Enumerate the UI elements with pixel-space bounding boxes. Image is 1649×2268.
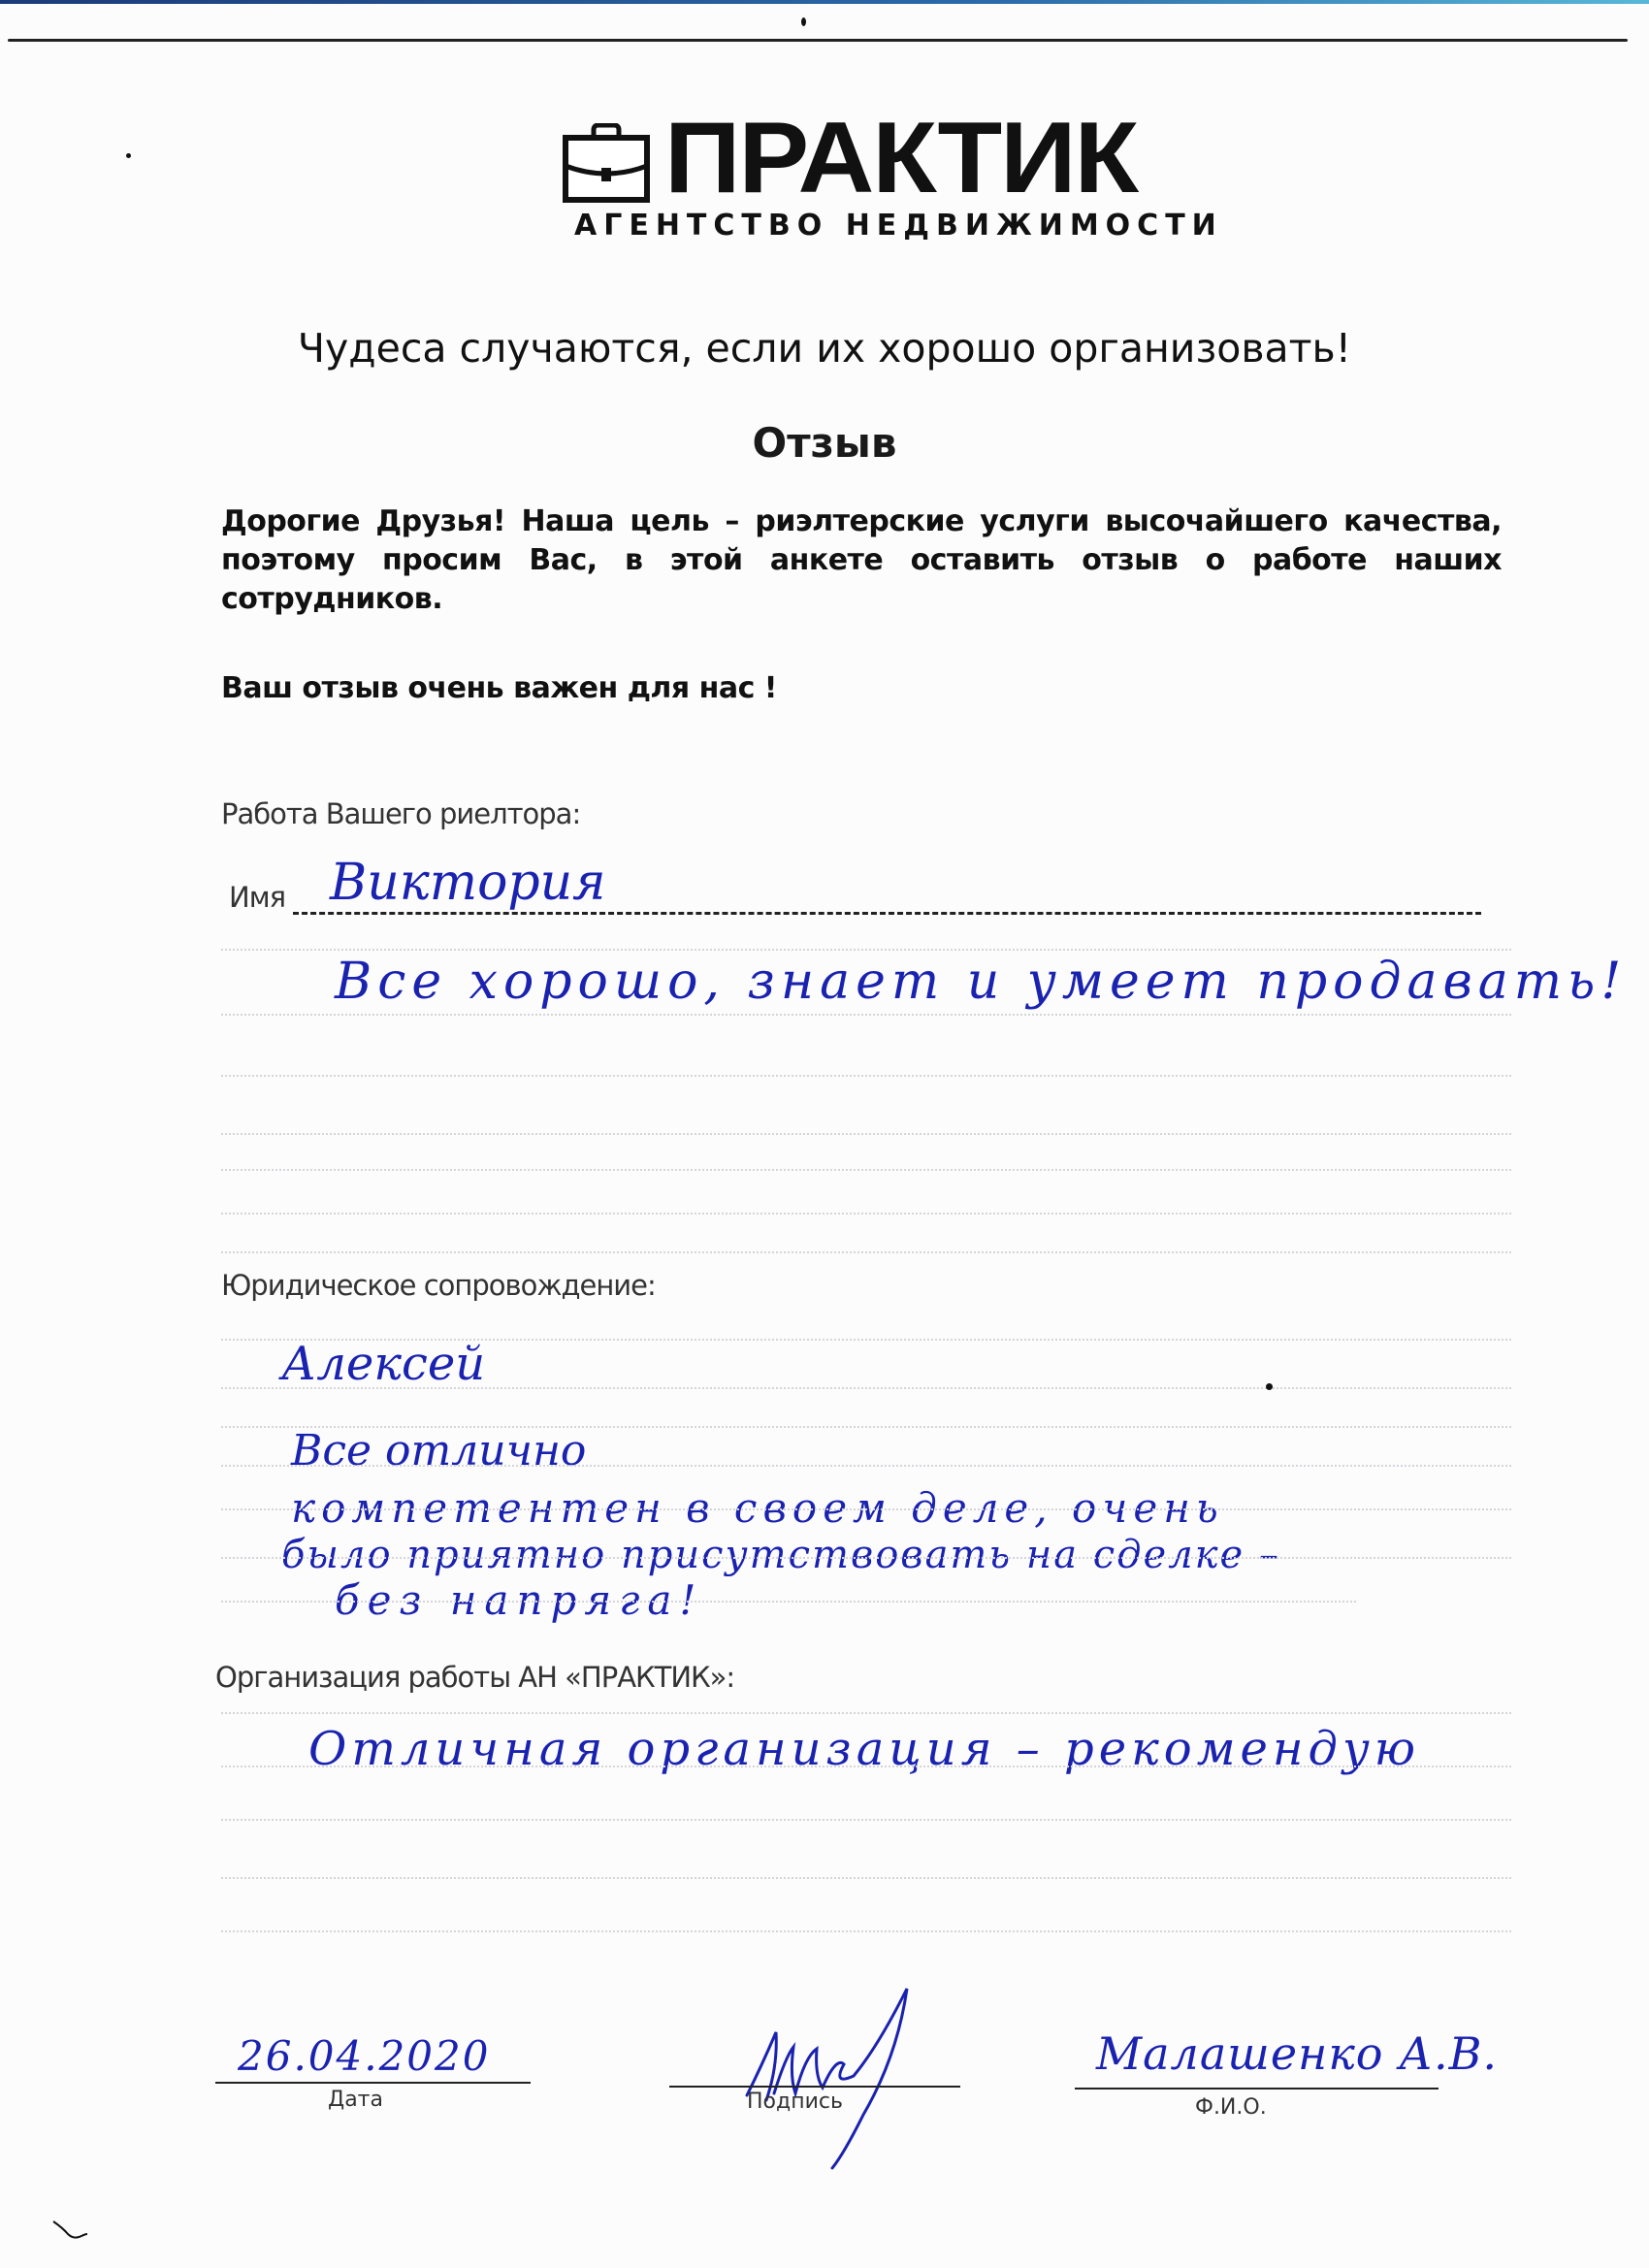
- intro-paragraph: Дорогие Друзья! Наша цель – риэлтерские …: [221, 502, 1502, 619]
- dotted-line: [221, 1014, 1511, 1016]
- logo-subtitle: АГЕНТСТВО НЕДВИЖИМОСТИ: [574, 209, 1223, 243]
- signature-caption: Подпись: [747, 2090, 843, 2114]
- dotted-line: [221, 1251, 1511, 1253]
- scan-top-band: [0, 0, 1649, 4]
- dotted-line: [221, 1766, 1511, 1767]
- page-title: Отзыв: [0, 419, 1649, 467]
- slogan: Чудеса случаются, если их хорошо организ…: [0, 325, 1649, 372]
- dotted-line: [221, 1712, 1511, 1714]
- dotted-line: [221, 1601, 1356, 1603]
- dotted-line: [221, 1213, 1511, 1215]
- signature-field[interactable]: [708, 1979, 999, 2173]
- organization-comment-field[interactable]: Отличная организация – рекомендую: [308, 1722, 1420, 1776]
- scan-speck: [126, 153, 131, 158]
- legal-section-label: Юридическое сопровождение:: [221, 1269, 656, 1302]
- date-line: [215, 2082, 531, 2084]
- scan-speck: [801, 17, 806, 26]
- date-field[interactable]: 26.04.2020: [238, 2032, 490, 2080]
- legal-comment-line-3[interactable]: было приятно присутствовать на сделке –: [281, 1533, 1280, 1577]
- signature-line: [669, 2086, 960, 2088]
- fio-caption: Ф.И.О.: [1195, 2095, 1267, 2120]
- organization-section-label: Организация работы АН «ПРАКТИК»:: [215, 1661, 734, 1694]
- date-caption: Дата: [328, 2088, 383, 2112]
- dotted-line: [221, 1169, 1511, 1171]
- company-logo: ПРАКТИК АГЕНТСТВО НЕДВИЖИМОСТИ: [563, 112, 1174, 247]
- scan-mark: [48, 2217, 97, 2246]
- legal-comment-line-1[interactable]: Все отлично: [291, 1426, 586, 1475]
- dotted-line: [221, 1465, 1511, 1467]
- dotted-line: [221, 1133, 1511, 1135]
- important-note: Ваш отзыв очень важен для нас !: [221, 671, 777, 705]
- dotted-line: [221, 1075, 1511, 1077]
- briefcase-icon: [563, 123, 650, 203]
- name-label: Имя: [229, 881, 285, 914]
- fio-line: [1075, 2088, 1439, 2090]
- logo-name: ПРАКТИК: [664, 108, 1137, 209]
- dotted-line: [221, 949, 1511, 951]
- realtor-section-label: Работа Вашего риелтора:: [221, 797, 580, 830]
- scan-speck: [1266, 1383, 1273, 1390]
- dotted-line: [221, 1557, 1511, 1559]
- dotted-line: [221, 1387, 1511, 1389]
- realtor-name-field[interactable]: Виктория: [330, 854, 606, 912]
- paper-top-edge: [8, 39, 1628, 42]
- dotted-line: [221, 1819, 1511, 1821]
- dotted-line: [221, 1930, 1511, 1932]
- legal-name-field[interactable]: Алексей: [281, 1337, 485, 1391]
- name-field-line: [293, 912, 1481, 915]
- dotted-line: [221, 1508, 1511, 1510]
- fio-field[interactable]: Малашенко А.В.: [1096, 2027, 1498, 2080]
- realtor-comment-field[interactable]: Все хорошо, знает и умеет продавать!: [335, 953, 1627, 1011]
- dotted-line: [221, 1877, 1511, 1879]
